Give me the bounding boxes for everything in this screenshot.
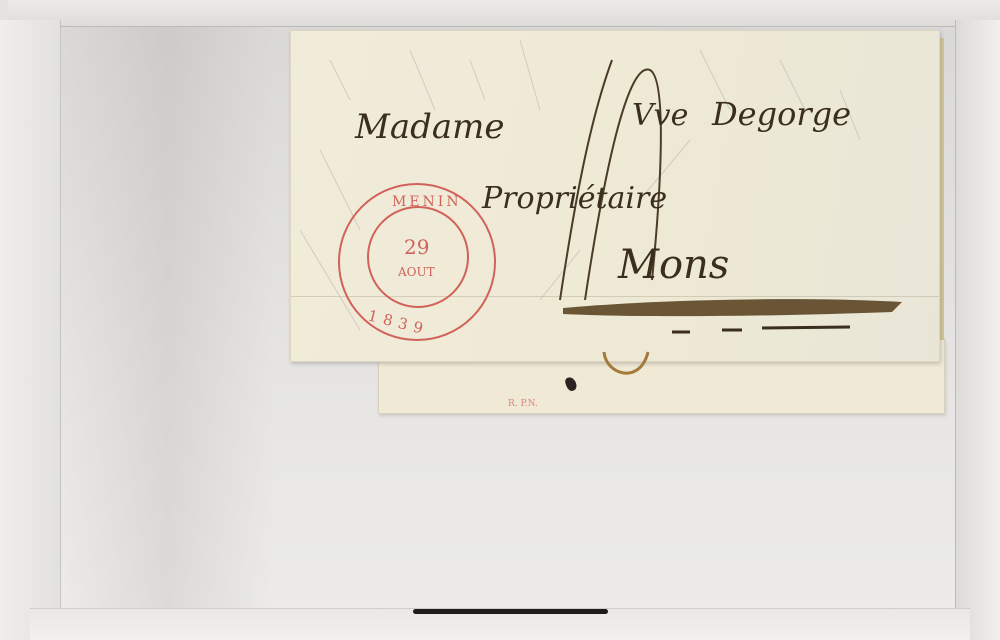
- address-line3: Mons: [617, 242, 729, 288]
- back-flap-marking: R. P.N.: [508, 399, 538, 409]
- address-line2: Propriétaire: [481, 181, 667, 216]
- postmark-town: MENIN: [392, 194, 462, 210]
- address-surname: Degorge: [711, 95, 851, 133]
- address-line1: Madame: [354, 107, 504, 147]
- postmark-year: 1839: [366, 306, 431, 339]
- address-title: Vve: [632, 98, 688, 133]
- postmark-day: 29: [404, 235, 429, 259]
- letter-markings: MENIN 29 AOUT 1839 Madame Vve Degorge Pr…: [0, 0, 1000, 640]
- postmark-month: AOUT: [397, 265, 435, 279]
